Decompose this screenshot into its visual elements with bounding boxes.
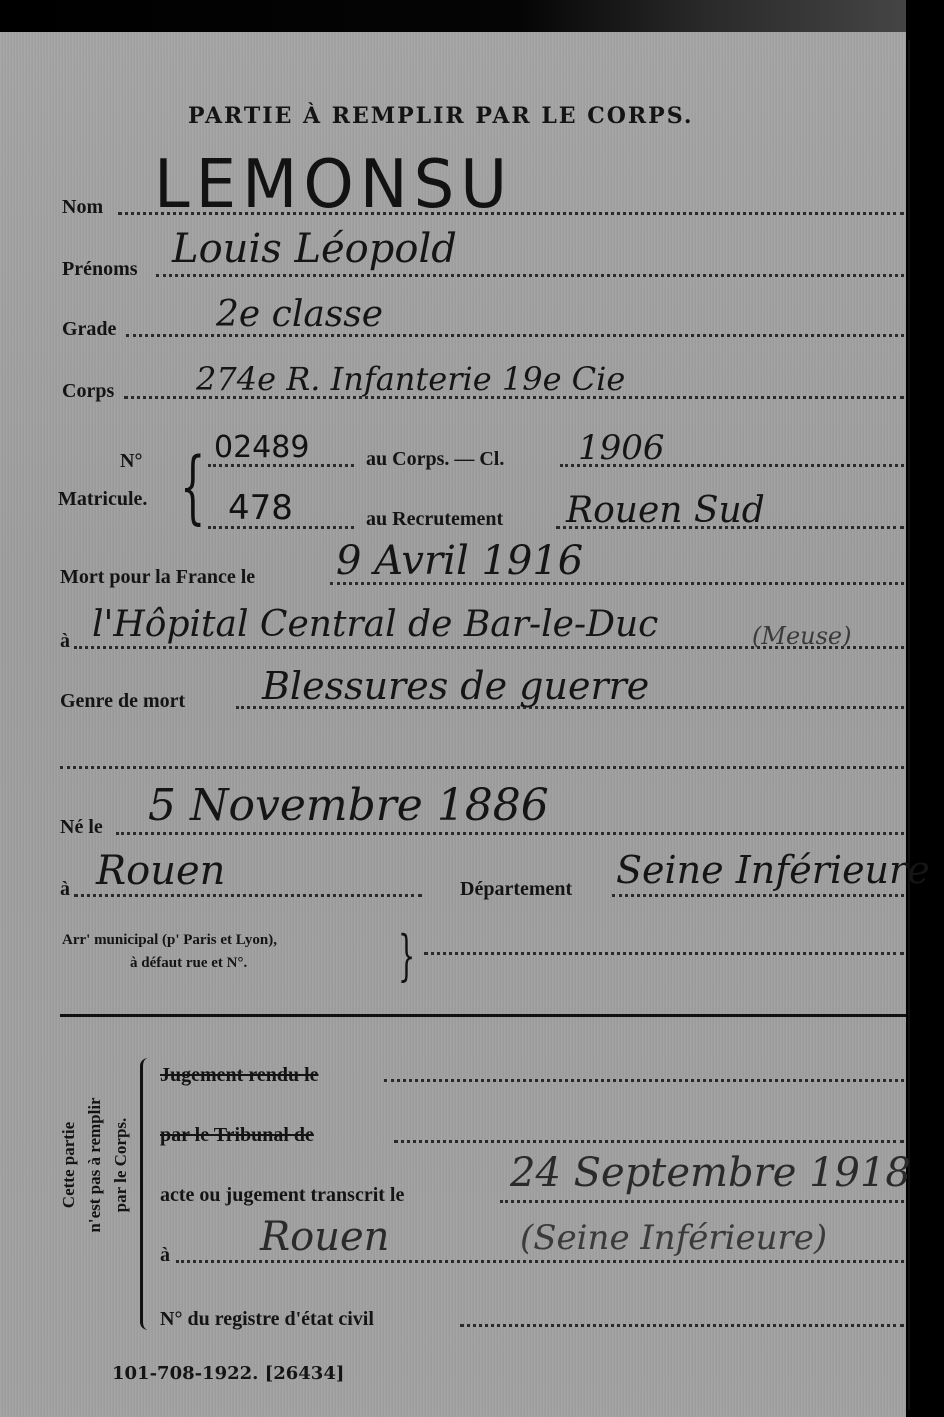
side-note-line1: Cette partie [56,1070,82,1260]
value-date-deces: 9 Avril 1916 [336,538,583,584]
section-divider [60,1014,906,1017]
label-no: N° [120,450,142,473]
side-note-not-filled-by-corps: Cette partie n'est pas à remplir par le … [56,1070,134,1260]
field-line-departement [612,894,904,897]
label-no-registre: N° du registre d'état civil [160,1308,374,1331]
value-date-naissance: 5 Novembre 1886 [148,780,549,831]
value-genre-de-mort: Blessures de guerre [262,664,649,708]
lower-section-brace [140,1058,151,1330]
scan-right-border [906,0,944,1417]
scan-top-border [0,0,944,34]
label-jugement-rendu: Jugement rendu le [160,1064,319,1087]
field-line-date-naissance [116,832,904,835]
field-line-prenoms [156,274,904,277]
value-corps: 274e R. Infanterie 19e Cie [196,360,625,398]
field-line-tribunal [394,1140,904,1143]
label-a-deces: à [60,630,70,653]
label-prenoms: Prénoms [62,258,138,281]
value-lieu-deces-dept: (Meuse) [752,622,851,650]
label-a-transcription: à [160,1244,170,1267]
form-header-title: PARTIE À REMPLIR PAR LE CORPS. [188,103,694,129]
label-arr-municipal-line1: Arr' municipal (p' Paris et Lyon), [62,932,277,949]
field-line-date-transcription [500,1200,904,1203]
value-recrutement: Rouen Sud [566,490,765,531]
side-note-line2: n'est pas à remplir [82,1070,108,1260]
label-par-le-tribunal: par le Tribunal de [160,1124,314,1147]
value-matricule-recrutement: 478 [228,488,293,528]
label-a-naissance: à [60,878,70,901]
label-au-corps-classe: au Corps. — Cl. [366,448,504,471]
card-right-edge [908,40,910,1410]
side-note-line3: par le Corps. [108,1070,134,1260]
label-corps: Corps [62,380,114,403]
value-lieu-naissance: Rouen [96,848,225,894]
arr-municipal-brace: } [398,924,415,987]
field-line-lieu-naissance [74,894,422,897]
value-grade: 2e classe [216,294,383,335]
field-line-arr-municipal [424,952,904,955]
label-departement: Département [460,878,572,901]
label-ne-le: Né le [60,816,103,839]
field-line-genre-de-mort-continued [60,766,904,769]
print-reference-code: 101-708-1922. [26434] [112,1363,344,1384]
value-nom: LEMONSU [154,146,513,224]
value-lieu-deces: l'Hôpital Central de Bar-le-Duc [92,604,658,645]
label-acte-transcrit: acte ou jugement transcrit le [160,1184,404,1207]
field-line-jugement-rendu [384,1079,904,1082]
value-matricule-corps: 02489 [214,430,309,465]
value-lieu-transcription-dept: (Seine Inférieure) [520,1218,827,1258]
value-departement-naissance: Seine Inférieure [616,848,930,892]
label-au-recrutement: au Recrutement [366,508,503,531]
value-lieu-transcription: Rouen [260,1214,389,1260]
field-line-lieu-transcription [176,1260,904,1263]
label-nom: Nom [62,196,103,219]
field-line-no-registre [460,1324,904,1327]
label-mort-pour-la-france: Mort pour la France le [60,566,255,589]
label-genre-de-mort: Genre de mort [60,690,185,713]
matricule-brace: { [180,440,205,533]
value-prenoms: Louis Léopold [172,226,457,272]
value-classe: 1906 [578,428,665,468]
value-date-transcription: 24 Septembre 1918 [510,1150,911,1196]
label-matricule: Matricule. [58,488,147,511]
label-arr-municipal-line2: à défaut rue et N°. [130,955,247,972]
label-grade: Grade [62,318,116,341]
